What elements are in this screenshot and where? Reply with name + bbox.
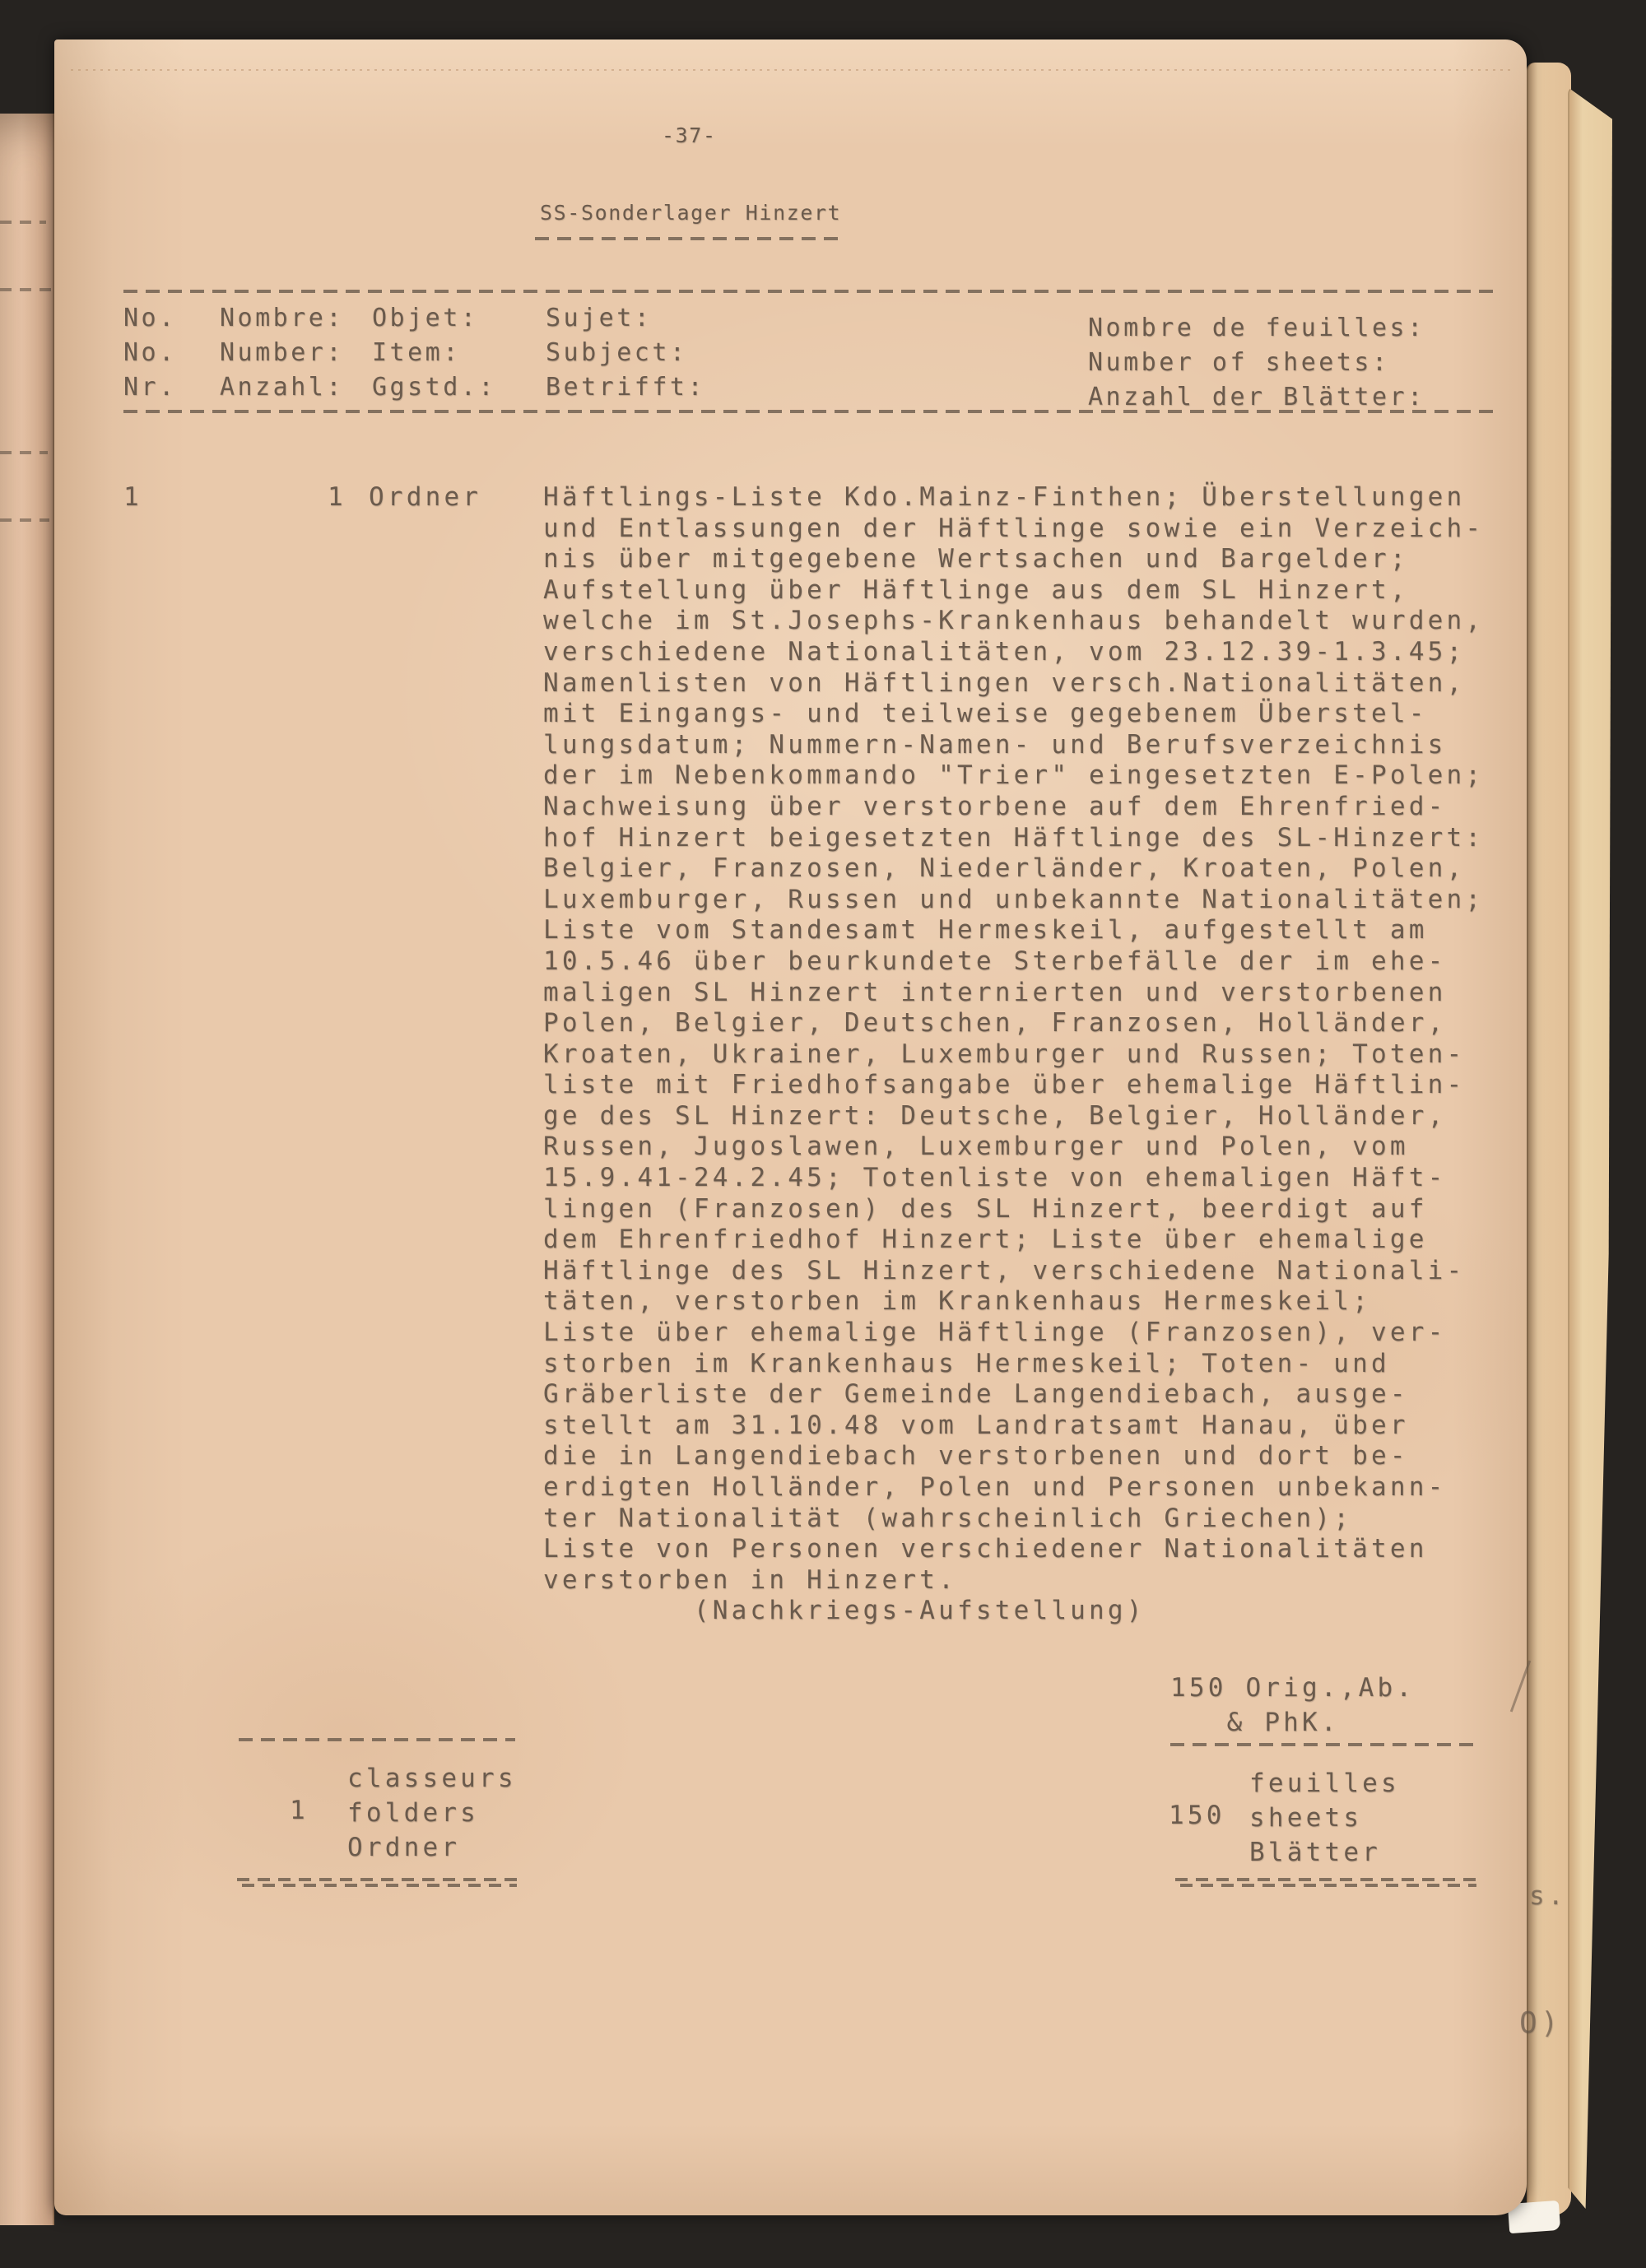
stack-mark-s: s. — [1529, 1881, 1567, 1912]
previous-page-edge — [0, 114, 54, 2225]
entry-description: Häftlings-Liste Kdo.Mainz-Finthen; Übers… — [543, 482, 1484, 1627]
stack-mark-o: O) — [1519, 2008, 1562, 2039]
section-title: SS-Sonderlager Hinzert — [540, 201, 841, 225]
entry-item: Ordner — [369, 482, 481, 514]
header-col-item: Objet: Item: Ggstd.: — [372, 301, 496, 405]
header-col-subject: Sujet: Subject: Betrifft: — [546, 301, 705, 405]
header-col-no: No. No. Nr. — [123, 301, 177, 405]
page-stack-edge — [1568, 87, 1612, 2209]
left-margin-dash-fragment — [0, 518, 49, 522]
summary-divider-left — [239, 1738, 515, 1741]
summary-left-count: 1 — [290, 1796, 309, 1827]
page-number: -37- — [662, 123, 717, 148]
left-margin-dash-fragment — [0, 451, 48, 454]
summary-divider-right — [1170, 1743, 1481, 1746]
title-underline — [535, 237, 844, 240]
entry-no: 1 — [123, 482, 142, 514]
paper-texture-line — [71, 69, 1513, 71]
summary-right-count: 150 — [1169, 1801, 1225, 1832]
left-margin-dash-fragment — [0, 288, 51, 291]
sheets-note: 150 Orig.,Ab. & PhK. — [1170, 1671, 1415, 1740]
end-divider-left — [237, 1878, 517, 1887]
header-col-count: Nombre: Number: Anzahl: — [220, 301, 344, 405]
left-margin-dash-fragment — [0, 221, 46, 224]
entry-count: 1 — [328, 482, 346, 514]
header-divider-bottom — [123, 410, 1493, 413]
summary-left-labels: classeurs folders Ordner — [347, 1761, 517, 1865]
scanned-archive-page: -37- SS-Sonderlager Hinzert No. No. Nr. … — [0, 0, 1646, 2268]
header-divider-top — [123, 290, 1493, 293]
header-col-sheets: Nombre de feuilles: Number of sheets: An… — [1088, 311, 1425, 415]
summary-right-labels: feuilles sheets Blätter — [1249, 1766, 1400, 1870]
end-divider-right — [1175, 1878, 1476, 1887]
